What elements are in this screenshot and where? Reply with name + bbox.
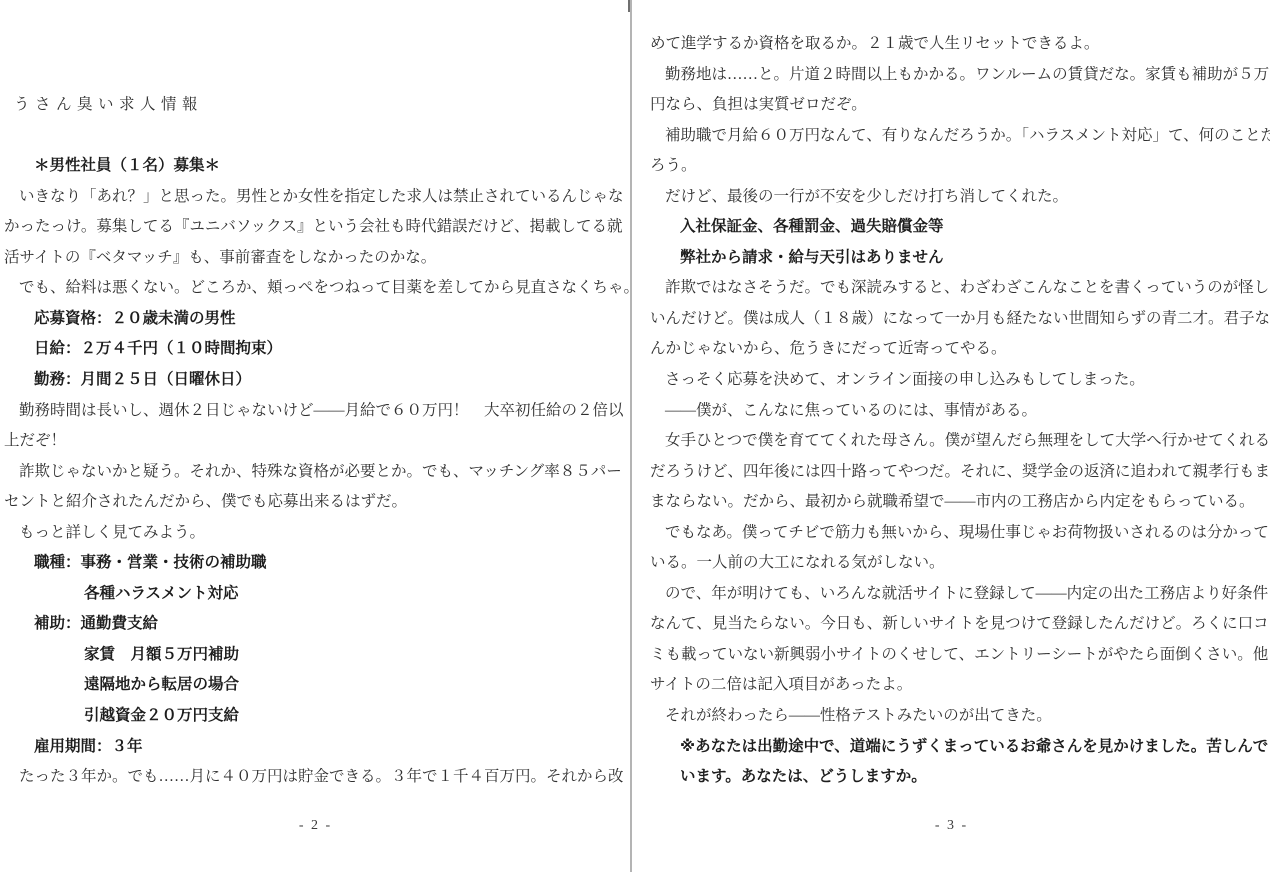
text-line: もっと詳しく見てみよう。 bbox=[4, 518, 628, 549]
page-2-content: うさん臭い求人情報＊男性社員（１名）募集＊いきなり「あれ？」と思った。男性とか女… bbox=[0, 0, 631, 793]
blank-line bbox=[4, 60, 628, 91]
text-line: たった３年か。でも……月に４０万円は貯金できる。３年で１千４百万円。それから改 bbox=[4, 762, 628, 793]
text-line: まならない。だから、最初から就職希望で――市内の工務店から内定をもらっている。 bbox=[650, 487, 1266, 518]
page-3-content: めて進学するか資格を取るか。２１歳で人生リセットできるよ。勤務地は……と。片道２… bbox=[633, 0, 1270, 793]
text-line: 詐欺じゃないかと疑う。それか、特殊な資格が必要とか。でも、マッチング率８５パー bbox=[4, 457, 628, 488]
page-2: うさん臭い求人情報＊男性社員（１名）募集＊いきなり「あれ？」と思った。男性とか女… bbox=[0, 0, 631, 872]
text-line: 雇用期間：３年 bbox=[4, 732, 628, 763]
text-line: だろうけど、四年後には四十路ってやつだ。それに、奨学金の返済に追われて親孝行もま bbox=[650, 457, 1266, 488]
text-line: います。あなたは、どうしますか。 bbox=[650, 762, 1266, 793]
text-line: サイトの二倍は記入項目があったよ。 bbox=[650, 670, 1266, 701]
page-2-number: - 2 - bbox=[0, 811, 631, 841]
text-line: だけど、最後の一行が不安を少しだけ打ち消してくれた。 bbox=[650, 182, 1266, 213]
text-line: でも、給料は悪くない。どころか、頬っぺをつねって目薬を差してから見直さなくちゃ。 bbox=[4, 273, 628, 304]
page-divider-cap bbox=[628, 0, 630, 12]
text-line: 補助：通勤費支給 bbox=[4, 609, 628, 640]
text-line: 入社保証金、各種罰金、過失賠償金等 bbox=[650, 212, 1266, 243]
text-line: ミも載っていない新興弱小サイトのくせして、エントリーシートがやたら面倒くさい。他 bbox=[650, 640, 1266, 671]
text-line: セントと紹介されたんだから、僕でも応募出来るはずだ。 bbox=[4, 487, 628, 518]
text-line: さっそく応募を決めて、オンライン面接の申し込みもしてしまった。 bbox=[650, 365, 1266, 396]
text-line: 勤務：月間２５日（日曜休日） bbox=[4, 365, 628, 396]
text-line: んかじゃないから、危うきにだって近寄ってやる。 bbox=[650, 334, 1266, 365]
text-line: 引越資金２０万円支給 bbox=[4, 701, 628, 732]
text-line: かったっけ。募集してる『ユニバソックス』という会社も時代錯誤だけど、掲載してる就 bbox=[4, 212, 628, 243]
text-line: それが終わったら――性格テストみたいのが出てきた。 bbox=[650, 701, 1266, 732]
text-line: 家賃 月額５万円補助 bbox=[4, 640, 628, 671]
text-line: ろう。 bbox=[650, 151, 1266, 182]
text-line: でもなあ。僕ってチビで筋力も無いから、現場仕事じゃお荷物扱いされるのは分かって bbox=[650, 518, 1266, 549]
text-line: うさん臭い求人情報 bbox=[4, 90, 628, 121]
page-divider bbox=[630, 0, 632, 872]
text-line: ので、年が明けても、いろんな就活サイトに登録して――内定の出た工務店より好条件 bbox=[650, 579, 1266, 610]
text-line: いんだけど。僕は成人（１８歳）になって一か月も経たない世間知らずの青二才。君子な bbox=[650, 304, 1266, 335]
page-3: めて進学するか資格を取るか。２１歳で人生リセットできるよ。勤務地は……と。片道２… bbox=[633, 0, 1270, 872]
text-line: ＊男性社員（１名）募集＊ bbox=[4, 151, 628, 182]
text-line: 補助職で月給６０万円なんて、有りなんだろうか。「ハラスメント対応」て、何のことだ bbox=[650, 121, 1266, 152]
text-line: ※あなたは出勤途中で、道端にうずくまっているお爺さんを見かけました。苦しんで bbox=[650, 732, 1266, 763]
text-line: 詐欺ではなさそうだ。でも深読みすると、わざわざこんなことを書くっていうのが怪し bbox=[650, 273, 1266, 304]
page-3-number: - 3 - bbox=[633, 811, 1270, 841]
text-line: いる。一人前の大工になれる気がしない。 bbox=[650, 548, 1266, 579]
text-line: なんて、見当たらない。今日も、新しいサイトを見つけて登録したんだけど。ろくに口コ bbox=[650, 609, 1266, 640]
text-line: 活サイトの『ベタマッチ』も、事前審査をしなかったのかな。 bbox=[4, 243, 628, 274]
text-line: 女手ひとつで僕を育ててくれた母さん。僕が望んだら無理をして大学へ行かせてくれる bbox=[650, 426, 1266, 457]
text-line: 勤務地は……と。片道２時間以上もかかる。ワンルームの賃貸だな。家賃も補助が５万 bbox=[650, 60, 1266, 91]
blank-line bbox=[4, 121, 628, 152]
blank-line bbox=[4, 29, 628, 60]
text-line: 勤務時間は長いし、週休２日じゃないけど――月給で６０万円！ 大卒初任給の２倍以 bbox=[4, 396, 628, 427]
text-line: 応募資格：２０歳未満の男性 bbox=[4, 304, 628, 335]
text-line: 遠隔地から転居の場合 bbox=[4, 670, 628, 701]
text-line: 職種：事務・営業・技術の補助職 bbox=[4, 548, 628, 579]
text-line: 各種ハラスメント対応 bbox=[4, 579, 628, 610]
text-line: ――僕が、こんなに焦っているのには、事情がある。 bbox=[650, 396, 1266, 427]
text-line: 円なら、負担は実質ゼロだぞ。 bbox=[650, 90, 1266, 121]
text-line: いきなり「あれ？」と思った。男性とか女性を指定した求人は禁止されているんじゃな bbox=[4, 182, 628, 213]
document-view: うさん臭い求人情報＊男性社員（１名）募集＊いきなり「あれ？」と思った。男性とか女… bbox=[0, 0, 1270, 872]
text-line: 弊社から請求・給与天引はありません bbox=[650, 243, 1266, 274]
text-line: 上だぞ！ bbox=[4, 426, 628, 457]
text-line: 日給：２万４千円（１０時間拘束） bbox=[4, 334, 628, 365]
text-line: めて進学するか資格を取るか。２１歳で人生リセットできるよ。 bbox=[650, 29, 1266, 60]
